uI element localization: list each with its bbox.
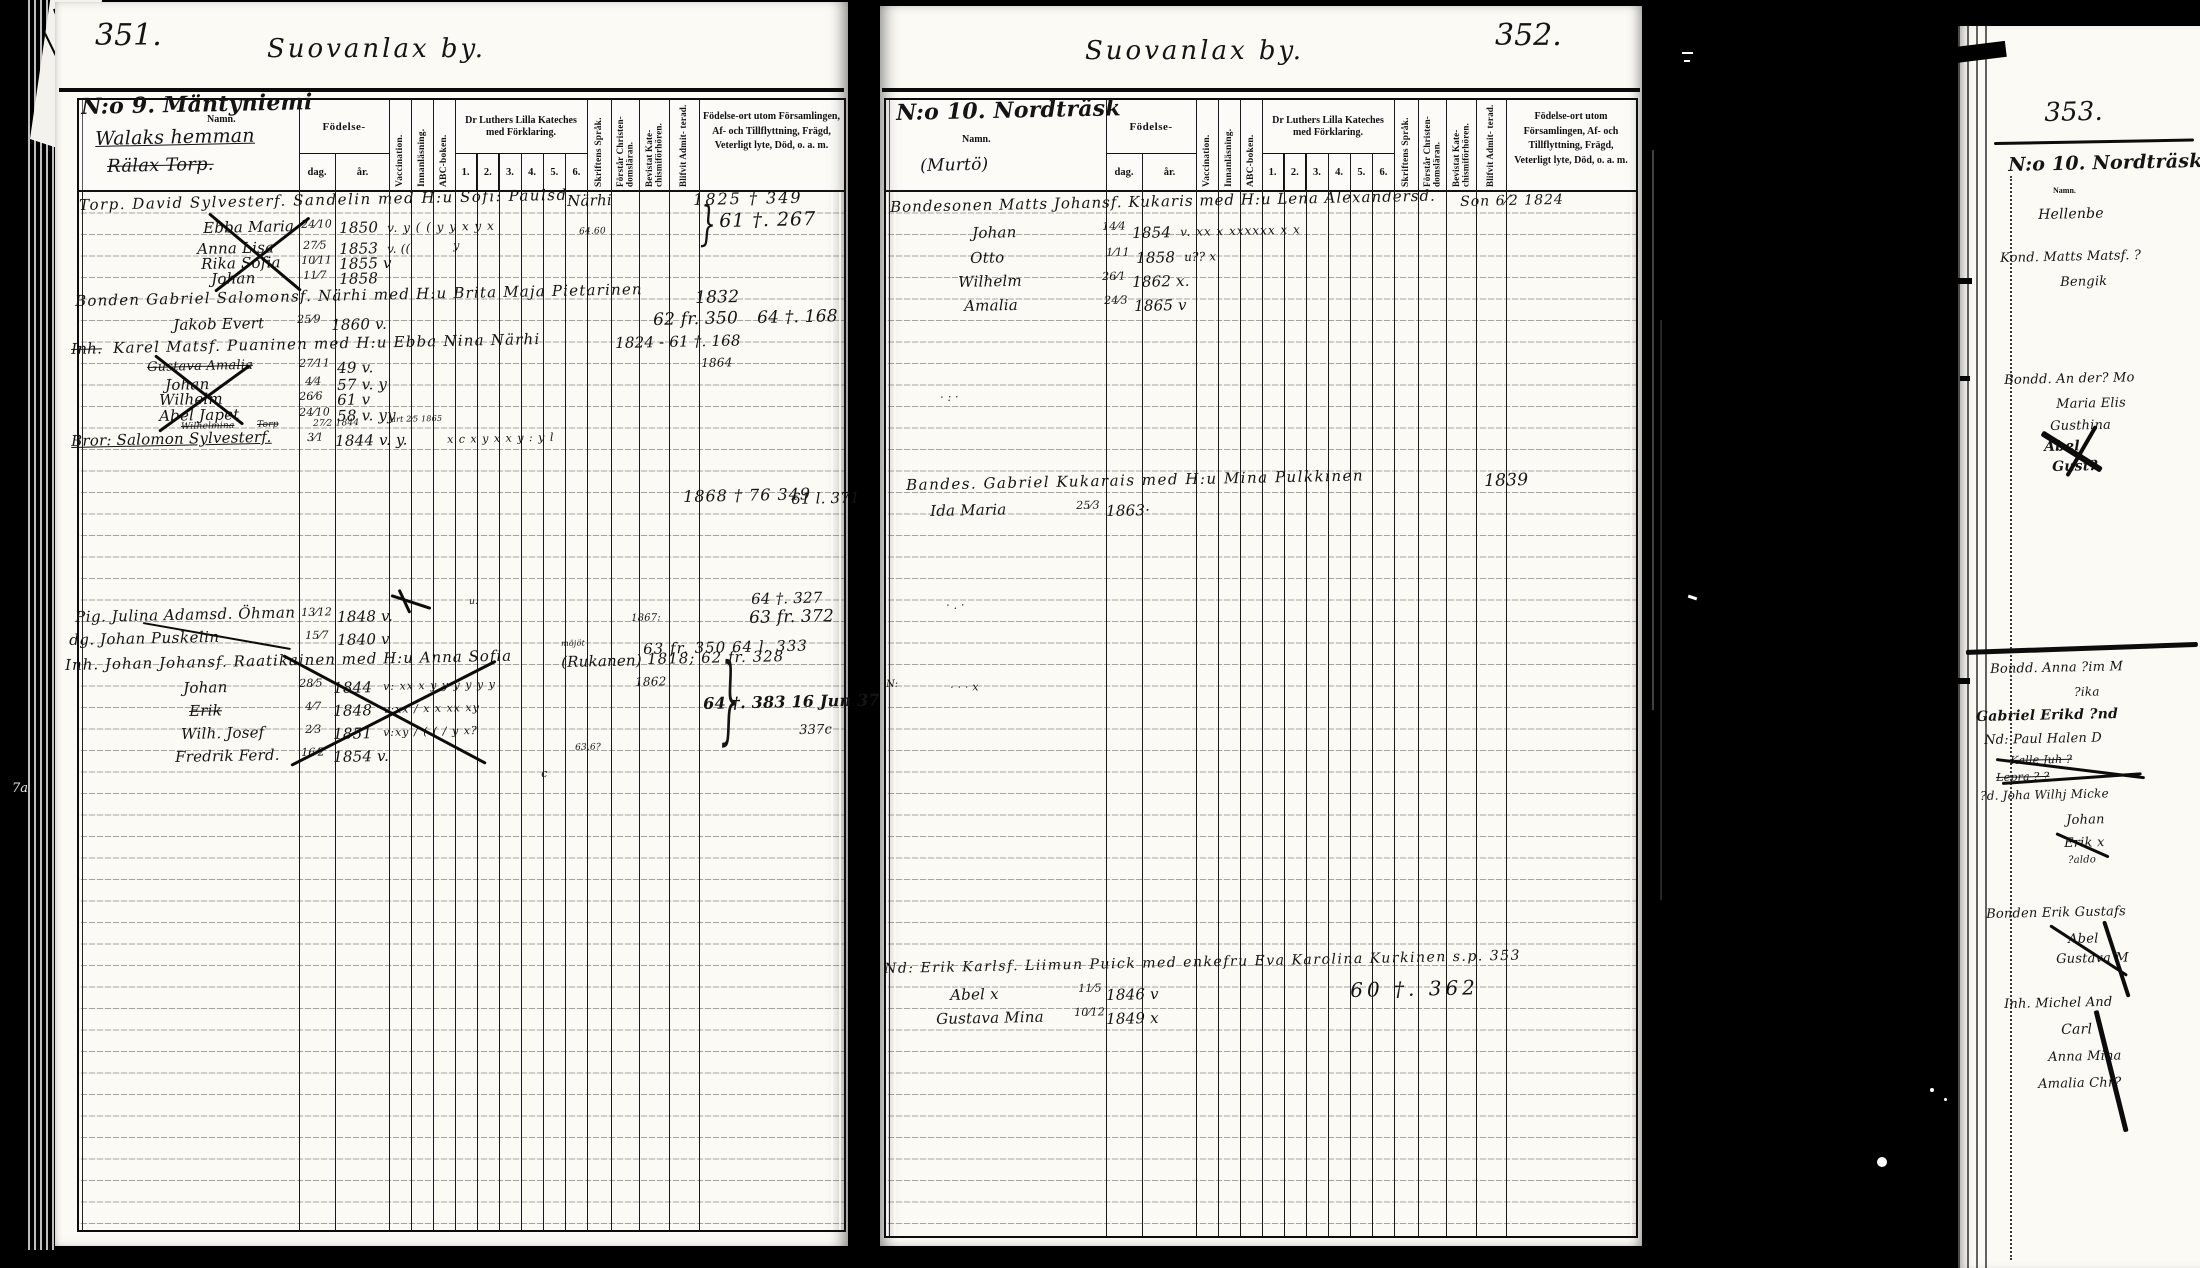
handwritten-entry: Gusthina [2050, 419, 2111, 434]
handwritten-entry: 1862 [635, 675, 667, 688]
handwritten-entry: Hellenbe [2038, 207, 2104, 223]
handwritten-entry: (Rukanen) [561, 653, 642, 670]
table-column-line [543, 154, 544, 1230]
handwritten-entry: 1818; 62 fr. 328 [647, 649, 784, 668]
handwritten-entry: art 2⁄5 1865 [391, 415, 442, 424]
handwritten-entry: 28⁄5 [299, 678, 323, 690]
attended-examination-column-header: Bevistat Kate- chismiförhören. [1446, 100, 1476, 190]
handwritten-entry: Son 6⁄2 1824 [1460, 193, 1564, 210]
handwritten-entry: Bengik [2060, 275, 2107, 290]
handwritten-entry: Jakob Evert [173, 316, 264, 334]
forstar-label: Förstår Christen- domsläran. [1423, 100, 1442, 190]
table-column-line [1142, 154, 1143, 1236]
table-column-line [1350, 154, 1351, 1236]
handwritten-entry: 1854 [1132, 225, 1171, 242]
handwritten-entry: 64.60 [579, 227, 606, 237]
handwritten-entry: 26⁄6 [299, 391, 323, 403]
strike-mark [1994, 139, 2194, 145]
catechism-col-3: 3. [498, 154, 520, 190]
scan-speck [1682, 52, 1693, 54]
handwritten-entry: 4⁄7 [305, 701, 322, 713]
handwritten-entry: · : · [940, 392, 959, 404]
admitted-column-header: Blifvit Admit- terad. [669, 100, 699, 190]
blifvit-label: Blifvit Admit- terad. [679, 100, 689, 190]
catechism-col-5: 5. [1350, 154, 1372, 190]
handwritten-entry: 1840 v [337, 632, 390, 649]
handwritten-entry: 1832 [695, 289, 739, 308]
abc-book-column-header: ABC-boken. [433, 100, 455, 190]
handwritten-entry: 1824 - 61 †. 168 [615, 333, 741, 351]
catechism-col-2: 2. [1283, 154, 1305, 190]
scan-background: 7a 351. Suovanlax by. Namn. Födelse- dag… [0, 0, 2200, 1268]
table-column-line [1284, 154, 1285, 1236]
scan-speck [1944, 1098, 1947, 1101]
notes-column-header: Födelse-ort utom Församlingen, Af- och T… [1506, 100, 1636, 190]
skriftens-label: Skriftens Språk. [594, 100, 604, 190]
handwritten-entry: N:o 10. Nordträsk [2008, 152, 2200, 176]
abc-label: ABC-boken. [439, 100, 449, 190]
handwritten-entry: 27⁄2 1844 [313, 419, 359, 429]
birth-day-header: dag. [1106, 154, 1142, 190]
catechism-col-1: 1. [455, 154, 476, 190]
vaccination-column-header: Vaccination. [389, 100, 411, 190]
handwritten-entry: N:o 9. Mäntyniemi [81, 91, 313, 119]
scripture-language-column-header: Skriftens Språk. [1394, 100, 1418, 190]
understands-doctrine-column-header: Förstår Christen- domsläran. [1418, 100, 1446, 190]
handwritten-entry: 1846 v [1106, 987, 1159, 1004]
handwritten-entry: 14⁄4 [1102, 221, 1126, 233]
vaccination-label: Vaccination. [395, 100, 405, 190]
table-column-line [1240, 100, 1241, 1236]
table-column-line [1372, 154, 1373, 1236]
handwritten-entry: 1867: [631, 613, 661, 624]
handwritten-entry: 49 v. [337, 360, 374, 377]
handwritten-entry: Ida Maria [930, 502, 1007, 519]
handwritten-entry: Bondd. An der? Mo [2004, 371, 2135, 387]
handwritten-entry: Bondd. Anna ?im M [1990, 660, 2123, 676]
handwritten-entry: 1844 v. y. [335, 432, 408, 449]
handwritten-entry: 4⁄4 [305, 376, 322, 388]
page-edge-line [1660, 320, 1662, 900]
page-number-352: 352. [1495, 20, 1562, 52]
handwritten-entry: 61 †. 267 [719, 210, 816, 232]
page-edge-line [1652, 150, 1654, 710]
handwritten-entry: Fredrik Ferd. [175, 748, 280, 766]
handwritten-entry: 60 †. 362 [1350, 977, 1479, 1001]
scan-blot [1960, 376, 1970, 381]
table-column-line [1262, 100, 1263, 1236]
next-page-strip: Namn. 353.N:o 10. NordträskHellenbeKond.… [1958, 26, 2200, 1268]
handwritten-entry: v. xx x xxxxxx x x [1180, 223, 1301, 238]
handwritten-entry: 1⁄11 [1106, 247, 1130, 259]
skriftens-label: Skriftens Språk. [1401, 100, 1411, 190]
right-page: 352. Suovanlax by. Namn. Födelse- dag. å… [880, 6, 1642, 1246]
handwritten-entry: u. [469, 598, 478, 608]
admitted-column-header: Blifvit Admit- terad. [1476, 100, 1506, 190]
handwritten-entry: Inh. [71, 341, 102, 357]
handwritten-entry: Maria Elis [2056, 397, 2126, 412]
handwritten-entry: 27⁄11 [299, 357, 330, 369]
scan-speck [1877, 1157, 1887, 1167]
handwritten-entry: Carl [2061, 1022, 2092, 1037]
handwritten-entry: 61 l. 371 [791, 491, 860, 508]
handwritten-entry: N: [886, 680, 898, 691]
notes-column-header: Födelse-ort utom Församlingen, Af- och T… [699, 100, 844, 190]
scripture-language-column-header: Skriftens Språk. [587, 100, 611, 190]
handwritten-entry: Rälax Torp. [107, 156, 214, 177]
handwritten-entry: 63 fr. 372 [749, 608, 834, 628]
handwritten-entry: 3⁄1 [307, 432, 324, 444]
handwritten-entry: x c x y x x y : y l [447, 432, 555, 446]
scan-speck [1688, 595, 1697, 601]
handwritten-entry: 2⁄3 [305, 724, 322, 736]
bevistat-label: Bevistat Kate- chismiförhören. [645, 100, 664, 190]
blifvit-label: Blifvit Admit- terad. [1486, 100, 1496, 190]
abc-book-column-header: ABC-boken. [1240, 100, 1262, 190]
birth-year-header: år. [1142, 154, 1196, 190]
handwritten-entry: Johan [972, 225, 1017, 242]
handwritten-entry: 11⁄5 [1078, 983, 1102, 995]
scan-speck [1684, 60, 1690, 62]
page-stack-edge [1958, 26, 1992, 1268]
forstar-label: Förstår Christen- domsläran. [616, 100, 635, 190]
table-column-line [499, 154, 500, 1230]
handwritten-entry: 1862 x. [1132, 274, 1190, 291]
table-column-line [1446, 100, 1447, 1236]
scan-blot [1958, 278, 1972, 284]
handwritten-entry: 63.6? [575, 743, 601, 753]
catechism-col-2: 2. [476, 154, 498, 190]
handwritten-entry: Johan [2066, 813, 2105, 827]
catechism-col-5: 5. [543, 154, 565, 190]
page-number-351: 351. [95, 20, 162, 52]
catechism-group-label: Dr Luthers Lilla Kateches med Förklaring… [1262, 100, 1394, 154]
table-column-line [1394, 100, 1395, 1236]
handwritten-entry: c [541, 768, 548, 780]
handwritten-entry: 337c [799, 723, 832, 737]
handwritten-entry: ?aldo [2068, 855, 2096, 866]
catechism-col-6: 6. [1372, 154, 1394, 190]
table-column-line [1328, 154, 1329, 1236]
record-table-right: Namn. Födelse- dag. år. Vaccination. Inn… [884, 98, 1638, 1238]
table-column-line [1306, 154, 1307, 1236]
handwritten-entry: 1848 [333, 703, 372, 720]
handwritten-entry: Erik [189, 703, 222, 719]
strike-mark [1966, 642, 2198, 655]
handwritten-entry: Närhi [567, 193, 612, 210]
handwritten-entry: Johan [183, 680, 228, 697]
table-column-line [477, 154, 478, 1230]
handwritten-entry: 1865 v [1134, 298, 1187, 315]
innanlasning-label: Innanläsning. [417, 100, 427, 190]
handwritten-entry: ?d. Joha Wilhj Micke [1980, 787, 2109, 802]
margin-note: 7a [12, 782, 28, 796]
handwritten-entry: 10⁄12 [1074, 1006, 1105, 1018]
handwritten-entry: 10⁄11 [301, 254, 332, 266]
handwritten-entry: 353. [2044, 99, 2103, 128]
handwritten-entry: 13⁄12 [301, 606, 332, 618]
innanlasning-label: Innanläsning. [1224, 100, 1234, 190]
handwritten-entry: 1858 [1136, 250, 1175, 267]
handwritten-entry: ?ika [2074, 685, 2100, 698]
catechism-col-6: 6. [565, 154, 587, 190]
village-header-right: Suovanlax by. [1085, 38, 1304, 65]
table-column-line [521, 154, 522, 1230]
birth-year-header: år. [335, 154, 389, 190]
handwritten-entry: 27⁄5 [303, 240, 327, 252]
table-column-line [1218, 100, 1219, 1236]
handwritten-entry: Bonden Erik Gustafs [1986, 905, 2126, 922]
handwritten-entry: Wilhelm [958, 274, 1022, 291]
scan-blot [1958, 678, 1970, 684]
handwritten-entry: (Murtö) [920, 157, 989, 176]
catechism-col-4: 4. [1328, 154, 1350, 190]
left-page: 351. Suovanlax by. Namn. Födelse- dag. å… [55, 2, 848, 1246]
handwritten-entry: 64 †. 383 16 Jun 370 [703, 692, 891, 713]
handwritten-entry: 1854 v. [333, 749, 389, 766]
handwritten-entry: } [699, 202, 717, 251]
table-column-line [1418, 100, 1419, 1236]
handwritten-entry: Gustava Mina [936, 1010, 1044, 1028]
birth-day-header: dag. [299, 154, 335, 190]
village-header-left: Suovanlax by. [267, 36, 486, 63]
bevistat-label: Bevistat Kate- chismiförhören. [1452, 100, 1471, 190]
strike-mark [2094, 1010, 2129, 1132]
namn-label: Namn. [962, 134, 991, 145]
handwritten-entry: 24⁄10 [299, 406, 330, 418]
catechism-group-label: Dr Luthers Lilla Kateches med Förklaring… [455, 100, 587, 154]
handwritten-entry: y [453, 240, 460, 252]
header-rule [882, 88, 1640, 92]
reading-column-header: Innanläsning. [1218, 100, 1240, 190]
handwritten-entry: Gabriel Erikd ?nd [1976, 707, 2118, 725]
vaccination-label: Vaccination. [1202, 100, 1212, 190]
handwritten-entry: 1864 [701, 356, 733, 369]
handwritten-entry: 64 †. 327 [751, 591, 823, 608]
handwritten-entry: 15⁄7 [305, 630, 329, 642]
vaccination-column-header: Vaccination. [1196, 100, 1218, 190]
handwritten-entry: Otto [970, 250, 1005, 266]
handwritten-entry: u?? x [1184, 250, 1216, 263]
table-column-line [565, 154, 566, 1230]
handwritten-entry: · · · x [950, 681, 979, 693]
book-edge-left [24, 0, 54, 1250]
handwritten-entry: 26⁄1 [1102, 271, 1126, 283]
handwritten-entry: 25⁄9 [297, 314, 321, 326]
handwritten-entry: 1860 v. [331, 317, 387, 334]
namn-label: Namn. [2053, 186, 2076, 195]
table-column-line [1196, 100, 1197, 1236]
table-column-line [1476, 100, 1477, 1236]
handwritten-entry: Abel x [950, 987, 999, 1004]
handwritten-entry: 1849 x [1106, 1011, 1159, 1028]
catechism-col-4: 4. [521, 154, 543, 190]
handwritten-entry: Walaks hemman [95, 127, 255, 150]
handwritten-entry: 11⁄7 [303, 270, 327, 282]
table-column-line [1506, 100, 1507, 1236]
handwritten-entry: 62 fr. 350 [653, 310, 738, 330]
ruled-rows-area [886, 192, 1636, 1236]
handwritten-entry: Nd: Paul Halen D [1984, 732, 2102, 748]
attended-examination-column-header: Bevistat Kate- chismiförhören. [639, 100, 669, 190]
handwritten-entry: Kond. Matts Matsf. ? [2000, 249, 2141, 266]
handwritten-entry: 1848 v. [337, 609, 393, 626]
handwritten-entry: 1850 [339, 220, 378, 237]
reading-column-header: Innanläsning. [411, 100, 433, 190]
handwritten-entry: N:o 10. Nordträsk [896, 97, 1121, 125]
handwritten-entry: möjöt [561, 639, 585, 648]
handwritten-entry: Amalia Chr? [2038, 1076, 2122, 1091]
catechism-col-1: 1. [1262, 154, 1283, 190]
handwritten-entry: Amalia [964, 298, 1018, 315]
scan-speck [1930, 1088, 1934, 1092]
handwritten-entry: 25⁄3 [1076, 500, 1100, 512]
handwritten-entry: Wilh. Josef [181, 725, 265, 742]
handwritten-entry: 64 †. 168 [757, 308, 838, 328]
catechism-col-3: 3. [1305, 154, 1327, 190]
abc-label: ABC-boken. [1246, 100, 1256, 190]
handwritten-entry: 1863· [1106, 503, 1150, 520]
handwritten-entry: 1839 [1484, 472, 1528, 491]
handwritten-entry: 24⁄3 [1104, 295, 1128, 307]
understands-doctrine-column-header: Förstår Christen- domsläran. [611, 100, 639, 190]
handwritten-entry: v. y ( ( y y x y x [387, 220, 495, 235]
handwritten-entry: · . · [946, 600, 965, 612]
